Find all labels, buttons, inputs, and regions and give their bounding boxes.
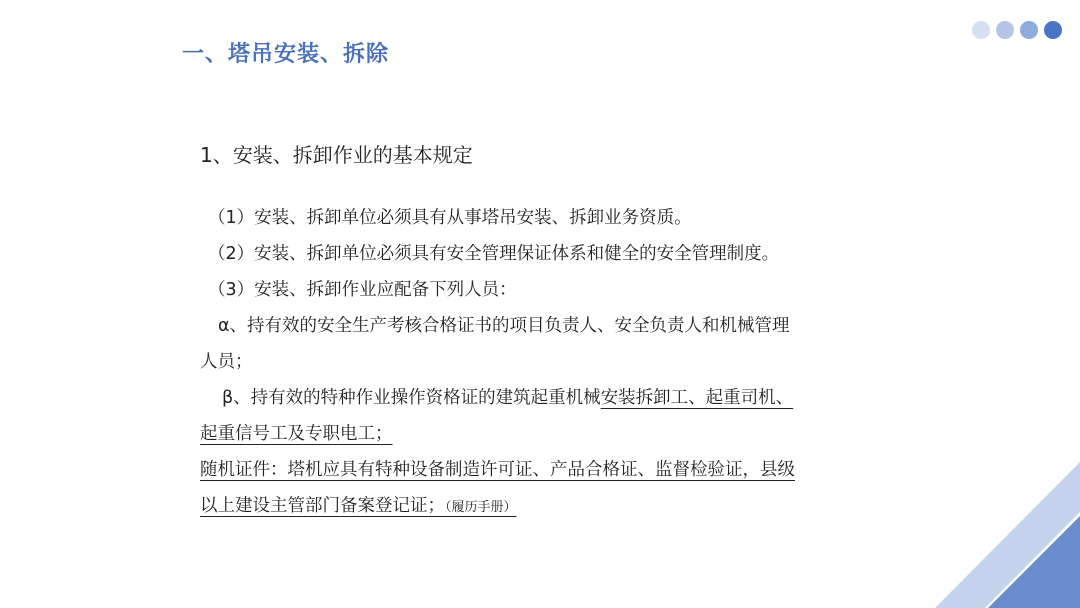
dot-icon: [996, 21, 1014, 39]
section-heading: 1、安装、拆卸作业的基本规定: [200, 141, 473, 169]
list-item-beta-cont: 起重信号工及专职电工；: [200, 418, 900, 454]
slide-title: 一、塔吊安装、拆除: [182, 40, 389, 70]
certificates-line: 随机证件：塔机应具有特种设备制造许可证、产品合格证、监督检验证，县级: [200, 454, 900, 490]
beta-underlined-text: 安装拆卸工、起重司机、: [601, 388, 794, 408]
slide-body: （1）安装、拆卸单位必须具有从事塔吊安装、拆卸业务资质。 （2）安装、拆卸单位必…: [200, 202, 900, 526]
dot-icon: [1044, 21, 1062, 39]
list-item-alpha: α、持有效的安全生产考核合格证书的项目负责人、安全负责人和机械管理: [200, 310, 900, 346]
list-item: （1）安装、拆卸单位必须具有从事塔吊安装、拆卸业务资质。: [200, 202, 900, 238]
beta-text: β、持有效的特种作业操作资格证的建筑起重机械: [222, 388, 601, 408]
dot-icon: [972, 21, 990, 39]
list-item: （3）安装、拆卸作业应配备下列人员：: [200, 274, 900, 310]
certificates-text: 以上建设主管部门备案登记证；: [200, 496, 445, 516]
certificates-line-cont: 以上建设主管部门备案登记证；（履历手册）: [200, 490, 900, 526]
certificates-note: （履历手册）: [445, 500, 517, 515]
dot-icon: [1020, 21, 1038, 39]
decorative-dots: [972, 21, 1062, 39]
list-item: （2）安装、拆卸单位必须具有安全管理保证体系和健全的安全管理制度。: [200, 238, 900, 274]
list-item-beta: β、持有效的特种作业操作资格证的建筑起重机械安装拆卸工、起重司机、: [200, 382, 900, 418]
list-item-alpha-cont: 人员；: [200, 346, 900, 382]
